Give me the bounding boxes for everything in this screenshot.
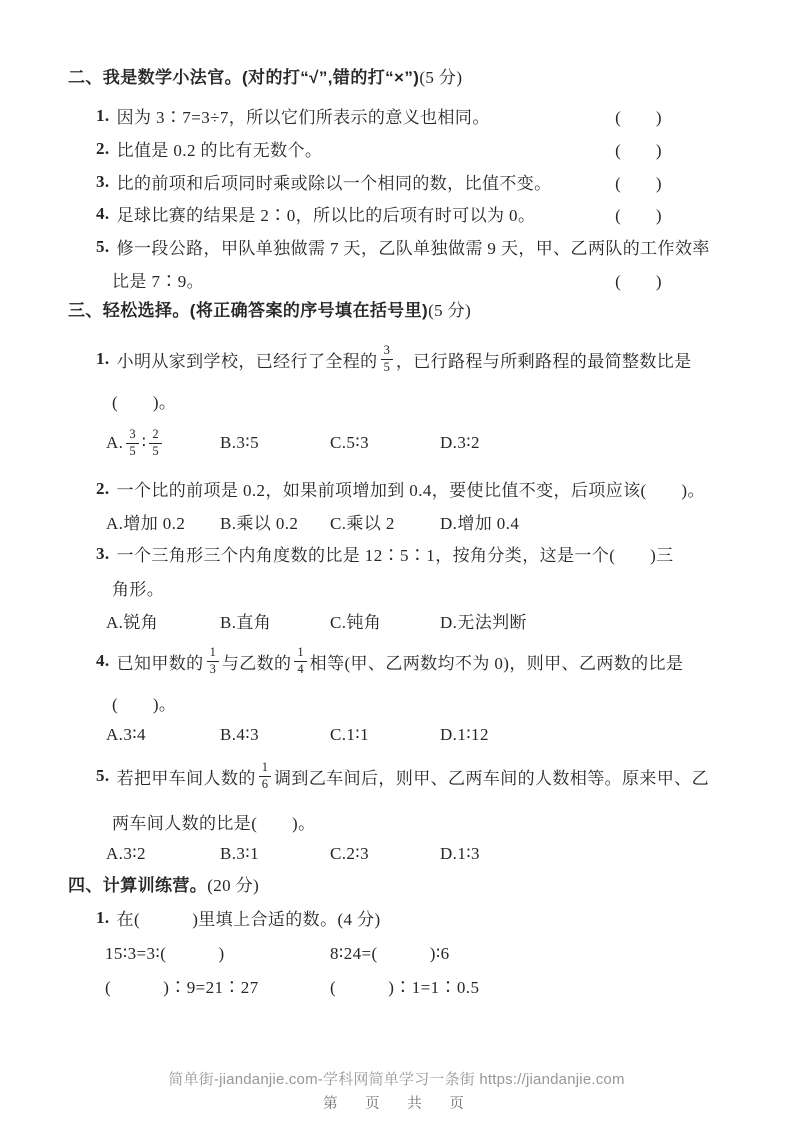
answer-paren: ( ) [615, 169, 662, 194]
item-text: 一个三角形三个内角度数的比是 12∶5∶1，按角分类，这是一个( )三 [117, 541, 674, 566]
item-number: 4. [96, 204, 110, 224]
equation: 15∶3=3∶( ) [105, 939, 225, 964]
section3-header: 三、轻松选择。(将正确答案的序号填在括号里)(5 分) [68, 297, 737, 320]
item-text: 因为 3∶7=3÷7，所以它们所表示的意义也相同。 [117, 103, 490, 128]
section4-score: (20 分) [207, 871, 259, 896]
worksheet-content: 二、我是数学小法官。(对的打“√”,错的打“×”)(5 分) 1. 因为 3∶7… [60, 0, 737, 1122]
text-segment: C.钝角 [330, 608, 381, 633]
fraction: 35 [126, 428, 138, 457]
option-d: D.增加 0.4 [440, 509, 737, 534]
text-segment: B.3∶5 [220, 433, 259, 453]
option-b: B.乘以 0.2 [220, 509, 330, 534]
item-text: 两车间人数的比是( )。 [112, 809, 316, 834]
footer-watermark: 简单街-jiandanjie.com-学科网简单学习一条街 https://ji… [0, 1068, 793, 1089]
text-segment: C.2∶3 [330, 844, 369, 864]
choice-q2-options: A.增加 0.2 B.乘以 0.2 C.乘以 2 D.增加 0.4 [106, 509, 737, 532]
answer-paren: ( ) [615, 103, 662, 128]
choice-q5-line2: 两车间人数的比是( )。 [112, 810, 737, 833]
calc-item-1: 1. 在( )里填上合适的数。(4 分) [96, 906, 737, 929]
item-text: 比是 7∶9。 [112, 267, 204, 292]
page-number-line: 第 页 共 页 [0, 1092, 793, 1113]
option-a: A.3∶2 [106, 844, 220, 864]
item-number: 1. [96, 908, 110, 928]
fraction: 35 [381, 344, 393, 373]
choice-q3-line2: 角形。 [112, 576, 737, 599]
text-segment: A. [106, 433, 123, 453]
text-segment: C.5∶3 [330, 433, 369, 453]
choice-q4-line1: 4. 已知甲数的13与乙数的14相等(甲、乙两数均不为 0)，则甲、乙两数的比是 [96, 642, 737, 680]
judge-item-5-line1: 5. 修一段公路，甲队单独做需 7 天，乙队单独做需 9 天，甲、乙两队的工作效… [96, 235, 737, 258]
judge-item-2: 2. 比值是 0.2 的比有无数个。 ( ) [96, 137, 737, 160]
judge-item-3: 3. 比的前项和后项同时乘或除以一个相同的数，比值不变。 ( ) [96, 170, 737, 193]
item-text: 角形。 [112, 575, 164, 600]
text-segment: D.增加 0.4 [440, 509, 519, 534]
item-number: 2. [96, 139, 110, 159]
worksheet-page: 二、我是数学小法官。(对的打“√”,错的打“×”)(5 分) 1. 因为 3∶7… [0, 0, 793, 1122]
choice-q5-options: A.3∶2 B.3∶1 C.2∶3 D.1∶3 [106, 842, 737, 865]
judge-item-4: 4. 足球比赛的结果是 2∶0，所以比的后项有时可以为 0。 ( ) [96, 202, 737, 225]
item-number: 1. [96, 349, 110, 369]
text-segment: A.锐角 [106, 608, 158, 633]
text-segment: 与乙数的 [222, 649, 292, 674]
equation-row-1: 15∶3=3∶( ) 8∶24=( )∶6 [105, 940, 737, 963]
text-segment: 小明从家到学校，已经行了全程的 [117, 347, 378, 372]
option-a: A.增加 0.2 [106, 509, 220, 534]
item-text: 小明从家到学校，已经行了全程的35，已行路程与所剩路程的最简整数比是 [117, 344, 692, 373]
text-segment: 相等(甲、乙两数均不为 0)，则甲、乙两数的比是 [310, 649, 684, 674]
equation-row-2: ( )∶9=21∶27 ( )∶1=1∶0.5 [105, 974, 737, 997]
text-segment: A.3∶4 [106, 725, 146, 745]
text-segment: C.乘以 2 [330, 509, 395, 534]
equation: ( )∶9=21∶27 [105, 973, 259, 998]
section2-title: 二、我是数学小法官。(对的打“√”,错的打“×”) [68, 63, 419, 88]
text-segment: 若把甲车间人数的 [117, 764, 256, 789]
choice-q2-line1: 2. 一个比的前项是 0.2，如果前项增加到 0.4，要使比值不变，后项应该( … [96, 477, 737, 500]
choice-q5-line1: 5. 若把甲车间人数的16调到乙车间后，则甲、乙两车间的人数相等。原来甲、乙 [96, 757, 737, 795]
item-text: 比值是 0.2 的比有无数个。 [117, 136, 323, 161]
judge-item-5-line2: 比是 7∶9。 ( ) [112, 268, 737, 291]
text-segment: D.3∶2 [440, 433, 480, 453]
text-segment: A.增加 0.2 [106, 509, 185, 534]
fraction: 16 [259, 761, 271, 790]
option-d: D.无法判断 [440, 608, 737, 633]
equation: 8∶24=( )∶6 [330, 939, 450, 964]
option-a: A.35∶25 [106, 428, 220, 457]
choice-q3-options: A.锐角 B.直角 C.钝角 D.无法判断 [106, 608, 737, 631]
blank-paren: ( )。 [112, 690, 176, 715]
choice-q1-line2: ( )。 [112, 389, 737, 412]
text-segment: 调到乙车间后，则甲、乙两车间的人数相等。原来甲、乙 [274, 764, 709, 789]
item-number: 3. [96, 172, 110, 192]
option-c: C.钝角 [330, 608, 440, 633]
option-c: C.2∶3 [330, 844, 440, 864]
text-segment: B.直角 [220, 608, 271, 633]
text-segment: B.4∶3 [220, 725, 259, 745]
fraction: 25 [149, 428, 161, 457]
text-segment: ∶ [142, 433, 147, 453]
option-b: B.4∶3 [220, 725, 330, 745]
text-segment: B.乘以 0.2 [220, 509, 298, 534]
text-segment: D.1∶3 [440, 844, 480, 864]
option-b: B.3∶1 [220, 844, 330, 864]
item-number: 1. [96, 106, 110, 126]
section3-score: (5 分) [428, 296, 471, 321]
answer-paren: ( ) [615, 136, 662, 161]
option-d: D.1∶3 [440, 844, 737, 864]
option-c: C.5∶3 [330, 433, 440, 453]
item-number: 3. [96, 544, 110, 564]
text-segment: ，已行路程与所剩路程的最简整数比是 [396, 347, 692, 372]
text-segment: A.3∶2 [106, 844, 146, 864]
equation: ( )∶1=1∶0.5 [330, 973, 479, 998]
item-number: 5. [96, 766, 110, 786]
choice-q3-line1: 3. 一个三角形三个内角度数的比是 12∶5∶1，按角分类，这是一个( )三 [96, 542, 737, 565]
option-a: A.锐角 [106, 608, 220, 633]
answer-paren: ( ) [615, 201, 662, 226]
text-segment: B.3∶1 [220, 844, 259, 864]
item-text: 已知甲数的13与乙数的14相等(甲、乙两数均不为 0)，则甲、乙两数的比是 [117, 646, 684, 675]
text-segment: C.1∶1 [330, 725, 369, 745]
section4-title: 四、计算训练营。 [68, 871, 207, 896]
item-number: 5. [96, 237, 110, 257]
choice-q1-options: A.35∶25 B.3∶5 C.5∶3 D.3∶2 [106, 424, 737, 462]
blank-paren: ( )。 [112, 388, 176, 413]
item-text: 一个比的前项是 0.2，如果前项增加到 0.4，要使比值不变，后项应该( )。 [117, 476, 705, 501]
section4-header: 四、计算训练营。(20 分) [68, 872, 737, 895]
item-text: 足球比赛的结果是 2∶0，所以比的后项有时可以为 0。 [117, 201, 536, 226]
fraction: 13 [207, 646, 219, 675]
text-segment: 已知甲数的 [117, 649, 204, 674]
option-b: B.直角 [220, 608, 330, 633]
item-text: 修一段公路，甲队单独做需 7 天，乙队单独做需 9 天，甲、乙两队的工作效率 [117, 234, 710, 259]
option-d: D.1∶12 [440, 725, 737, 745]
option-a: A.3∶4 [106, 725, 220, 745]
section2-score: (5 分) [419, 63, 462, 88]
item-number: 4. [96, 651, 110, 671]
choice-q4-options: A.3∶4 B.4∶3 C.1∶1 D.1∶12 [106, 723, 737, 746]
option-c: C.乘以 2 [330, 509, 440, 534]
option-d: D.3∶2 [440, 433, 737, 453]
text-segment: D.1∶12 [440, 725, 489, 745]
fraction: 14 [294, 646, 306, 675]
item-number: 2. [96, 479, 110, 499]
item-text: 若把甲车间人数的16调到乙车间后，则甲、乙两车间的人数相等。原来甲、乙 [117, 761, 709, 790]
item-text: 比的前项和后项同时乘或除以一个相同的数，比值不变。 [117, 169, 552, 194]
choice-q4-line2: ( )。 [112, 691, 737, 714]
section3-title: 三、轻松选择。(将正确答案的序号填在括号里) [68, 296, 428, 321]
text-segment: D.无法判断 [440, 608, 527, 633]
section2-header: 二、我是数学小法官。(对的打“√”,错的打“×”)(5 分) [68, 64, 737, 87]
item-text: 在( )里填上合适的数。(4 分) [117, 905, 381, 930]
answer-paren: ( ) [615, 267, 662, 292]
judge-item-1: 1. 因为 3∶7=3÷7，所以它们所表示的意义也相同。 ( ) [96, 104, 737, 127]
choice-q1-line1: 1. 小明从家到学校，已经行了全程的35，已行路程与所剩路程的最简整数比是 [96, 340, 737, 378]
option-b: B.3∶5 [220, 433, 330, 453]
option-c: C.1∶1 [330, 725, 440, 745]
